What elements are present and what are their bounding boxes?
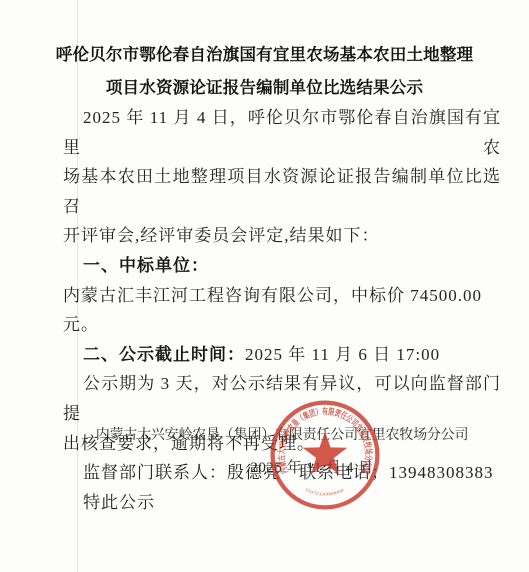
section-heading-deadline-line: 二、公示截止时间：2025 年 11 月 6 日 17:00	[63, 340, 501, 370]
paragraph-1-line-1: 2025 年 11 月 4 日，呼伦贝尔市鄂伦春自治旗国有宜里农	[63, 103, 501, 162]
paragraph-1-line-2: 场基本农田土地整理项目水资源论证报告编制单位比选召	[63, 162, 501, 221]
notice-title-line-1: 呼伦贝尔市鄂伦春自治旗国有宜里农场基本农田土地整理	[0, 38, 529, 71]
deadline-label: 二、公示截止时间：	[83, 345, 245, 364]
deadline-value: 2025 年 11 月 6 日 17:00	[245, 345, 440, 364]
winner-line: 内蒙古汇丰江河工程咨询有限公司，中标价 74500.00 元。	[63, 281, 501, 340]
seal-serial-number: 15072320000068	[304, 487, 344, 497]
paragraph-1-line-3: 开评审会,经评审委员会评定,结果如下：	[63, 221, 501, 251]
notice-title: 呼伦贝尔市鄂伦春自治旗国有宜里农场基本农田土地整理 项目水资源论证报告编制单位比…	[0, 38, 529, 104]
official-red-seal: 内蒙古大兴安岭农垦（集团）有限责任公司宜里农牧场分公司 150723200000…	[266, 397, 384, 515]
seal-star-icon	[303, 432, 348, 474]
section-heading-winner: 一、中标单位：	[63, 251, 501, 281]
notice-title-line-2: 项目水资源论证报告编制单位比选结果公示	[0, 71, 529, 104]
notice-document-page: 呼伦贝尔市鄂伦春自治旗国有宜里农场基本农田土地整理 项目水资源论证报告编制单位比…	[0, 0, 529, 572]
svg-text:15072320000068: 15072320000068	[304, 487, 344, 497]
